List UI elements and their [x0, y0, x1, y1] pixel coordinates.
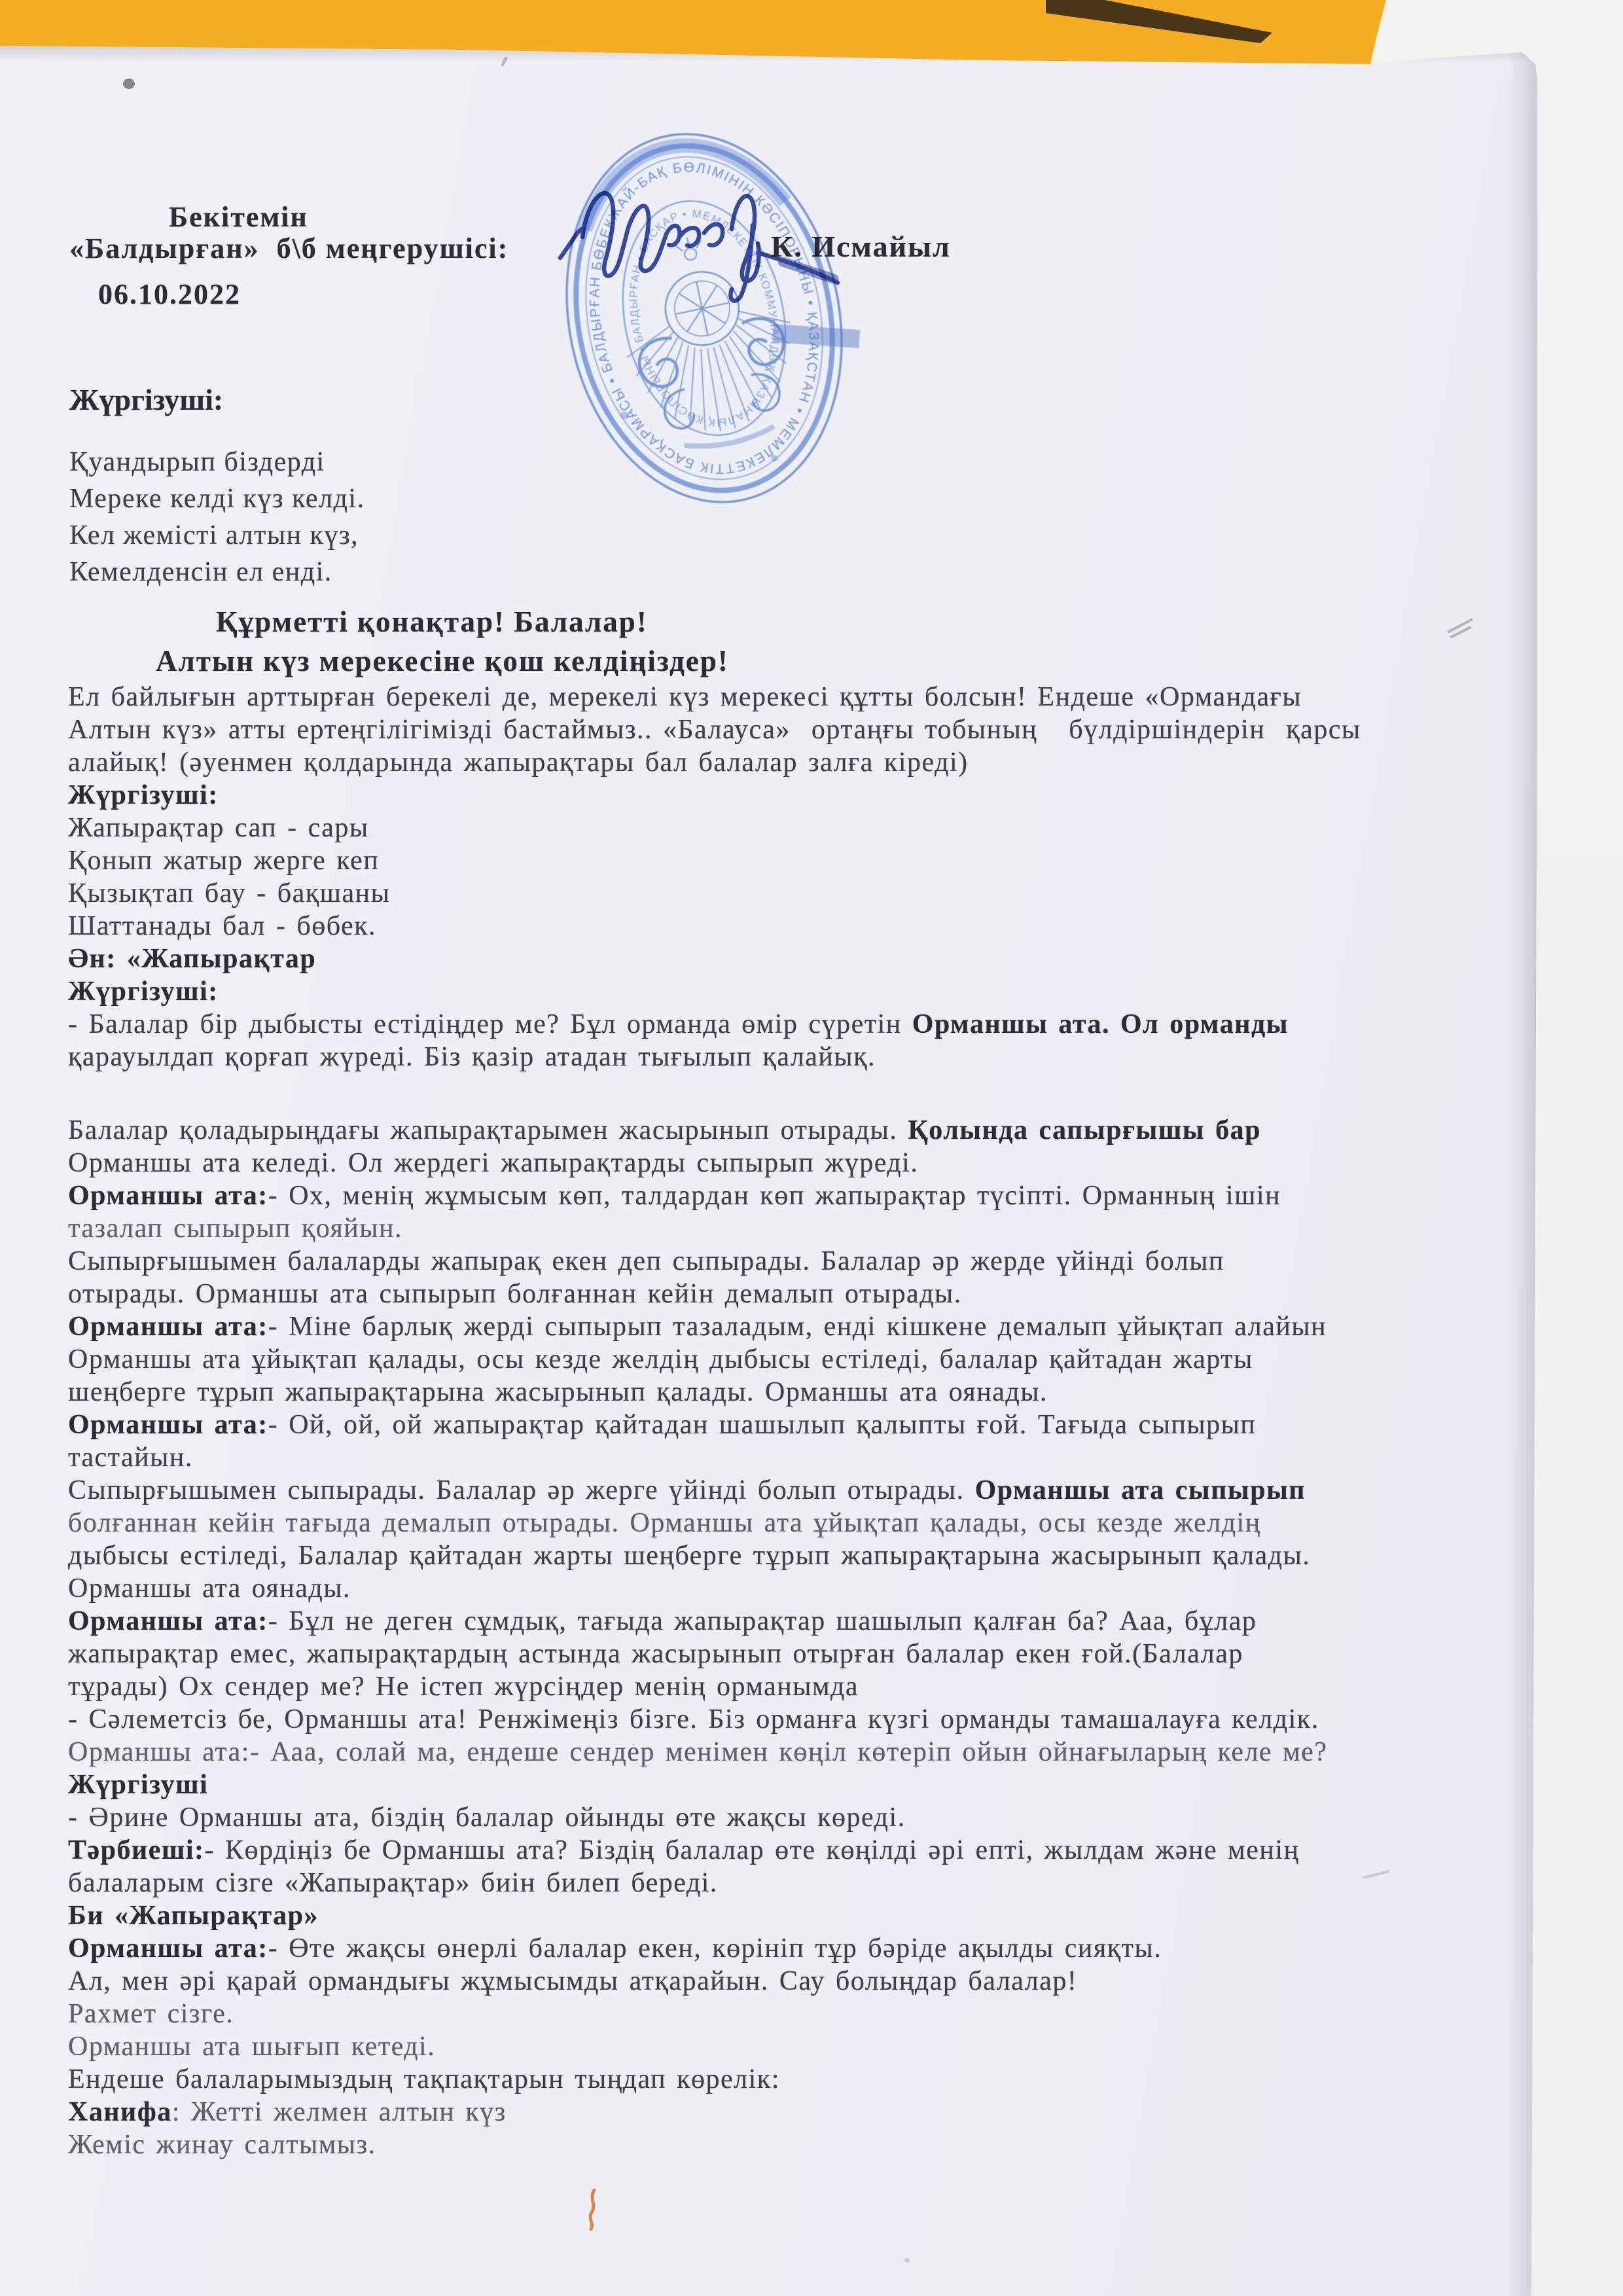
text-segment-bold: Орманшы ата: — [68, 1312, 268, 1342]
text-segment-bold: Ханифа — [68, 2097, 172, 2127]
text-segment: - Балалар бір дыбысты естідіңдер ме? Бұл… — [68, 1009, 912, 1039]
text-segment: Шаттанады бал - бөбек. — [68, 911, 376, 941]
welcome-heading: Алтын күз мерекесіне қош келдіңіздер! — [156, 644, 729, 678]
text-line: Орманшы ата шығып кетеді. — [68, 2030, 1361, 2063]
text-line: Ендеше балаларымыздың тақпақтарын тыңдап… — [68, 2063, 1361, 2096]
poem-line: Қуандырып біздерді — [69, 444, 365, 480]
text-line: Орманшы ата:- Міне барлық жерді сыпырып … — [68, 1310, 1361, 1343]
text-segment: тастайын. — [68, 1443, 193, 1473]
text-segment-bold: Би «Жапырақтар» — [68, 1901, 319, 1931]
text-segment: Рахмет сізге. — [68, 1999, 234, 2029]
text-segment-bold: Орманшы ата: — [68, 1410, 268, 1440]
text-segment: Ел байлығын арттырған берекелі де, мерек… — [68, 682, 1302, 712]
text-line: қарауылдап қорғап жүреді. Біз қазір атад… — [68, 1041, 1361, 1073]
text-line: Қызықтап бау - бақшаны — [68, 877, 1361, 910]
text-line: Орманшы ата келеді. Ол жердегі жапырақта… — [68, 1147, 1361, 1179]
text-segment: Балалар қоладырыңдағы жапырақтарымен жас… — [68, 1115, 908, 1145]
text-line: шеңберге тұрып жапырақтарына жасырынып қ… — [68, 1376, 1361, 1408]
text-segment-bold: Орманшы ата сыпырып — [975, 1475, 1306, 1505]
text-line: Орманшы ата:- Ааа, солай ма, ендеше сенд… — [68, 1736, 1361, 1768]
text-segment: болғаннан кейін тағыда демалып отырады. … — [68, 1508, 1261, 1538]
text-line: Шаттанады бал - бөбек. — [68, 910, 1361, 942]
text-line: Орманшы ата оянады. — [68, 1572, 1361, 1605]
text-line: Орманшы ата:- Ой, ой, ой жапырақтар қайт… — [68, 1408, 1361, 1441]
text-line: балаларым сізге «Жапырақтар» биін билеп … — [68, 1867, 1361, 1899]
text-line: Жүргізуші: — [68, 975, 1361, 1008]
text-segment: дыбысы естіледі, Балалар қайтадан жарты … — [68, 1541, 1310, 1571]
text-segment: Жапырақтар сап - сары — [68, 813, 369, 843]
poem-line: Мереке келді күз келді. — [69, 480, 365, 517]
text-segment: қарауылдап қорғап жүреді. Біз қазір атад… — [68, 1042, 876, 1072]
text-line: жапырақтар емес, жапырақтардың астында ж… — [68, 1638, 1361, 1670]
text-segment-bold: Орманшы ата: — [68, 1606, 268, 1636]
text-segment: тазалап сыпырып қояйын. — [68, 1213, 402, 1244]
approval-label: Бекітемін — [169, 200, 308, 234]
text-line: Сыпырғышымен сыпырады. Балалар әр жерге … — [68, 1474, 1361, 1507]
text-segment-bold: Орманшы ата. Ол орманды — [912, 1009, 1289, 1039]
presenter-label: Жүргізуші: — [69, 380, 365, 420]
text-segment: Орманшы ата оянады. — [68, 1573, 351, 1604]
text-line: алайық! (әуенмен қолдарында жапырақтары … — [68, 746, 1361, 779]
poem-line: Кемелденсін ел енді. — [69, 554, 365, 590]
text-line: Қонып жатыр жерге кеп — [68, 844, 1361, 877]
text-line: Рахмет сізге. — [68, 1998, 1361, 2030]
text-segment: Орманшы ата шығып кетеді. — [68, 2032, 435, 2062]
text-segment-bold: Қолында сапырғышы бар — [908, 1115, 1261, 1145]
text-line: тазалап сыпырып қояйын. — [68, 1212, 1361, 1245]
text-segment-bold: Жүргізуші: — [68, 977, 219, 1007]
text-line: Орманшы ата:- Өте жақсы өнерлі балалар е… — [68, 1932, 1361, 1965]
text-segment-bold: Жүргізуші: — [68, 780, 219, 810]
text-line: Ханифа: Жетті желмен алтын күз — [68, 2096, 1361, 2128]
text-segment: - Әрине Орманшы ата, біздің балалар ойын… — [68, 1803, 906, 1833]
text-segment-bold: Жүргізуші — [68, 1770, 208, 1800]
text-line: Жеміс жинау салтымыз. — [68, 2128, 1361, 2161]
text-line: болғаннан кейін тағыда демалып отырады. … — [68, 1507, 1361, 1539]
text-segment-bold: Орманшы ата: — [68, 1181, 268, 1211]
text-segment: - Ой, ой, ой жапырақтар қайтадан шашылып… — [268, 1410, 1257, 1440]
text-segment: : Жетті желмен алтын күз — [172, 2097, 507, 2127]
text-line: Сыпырғышымен балаларды жапырақ екен деп … — [68, 1245, 1361, 1278]
text-segment: Алтын күз» атты ертеңгілігімізді бастайм… — [68, 715, 1361, 745]
text-segment: - Міне барлық жерді сыпырып тазаладым, е… — [268, 1312, 1327, 1342]
text-line: Ән: «Жапырақтар — [68, 942, 1361, 975]
opening-poem-block: Жүргізуші: Қуандырып біздердіМереке келд… — [69, 356, 365, 614]
poem-line: Кел жемісті алтын күз, — [69, 517, 365, 554]
signature — [542, 154, 856, 318]
text-segment: Жеміс жинау салтымыз. — [68, 2130, 376, 2160]
text-segment: Орманшы ата:- Ааа, солай ма, ендеше сенд… — [68, 1737, 1328, 1767]
text-segment: шеңберге тұрып жапырақтарына жасырынып қ… — [68, 1377, 1048, 1407]
text-line: тұрады) Ох сендер ме? Не істеп жүрсіңдер… — [68, 1670, 1361, 1703]
scan-artifact-dot — [904, 2258, 910, 2263]
text-segment: алайық! (әуенмен қолдарында жапырақтары … — [68, 747, 969, 778]
text-line: дыбысы естіледі, Балалар қайтадан жарты … — [68, 1539, 1361, 1572]
text-line: Ел байлығын арттырған берекелі де, мерек… — [68, 681, 1361, 713]
approval-org-line: «Балдырған» б\б меңгерушісі: — [69, 232, 508, 265]
text-segment: Ендеше балаларымыздың тақпақтарын тыңдап… — [68, 2064, 780, 2094]
greeting-heading: Құрметті қонақтар! Балалар! — [216, 605, 648, 639]
scan-artifact-orange-mark — [586, 2189, 602, 2232]
approval-date: 06.10.2022 — [98, 278, 241, 311]
text-segment: Сыпырғышымен балаларды жапырақ екен деп … — [68, 1246, 1224, 1276]
text-segment-bold: Тәрбиеші: — [68, 1835, 204, 1865]
text-line: Балалар қоладырыңдағы жапырақтарымен жас… — [68, 1114, 1361, 1147]
text-line: Жүргізуші: — [68, 779, 1361, 812]
text-segment: Қызықтап бау - бақшаны — [68, 878, 390, 908]
text-line: - Сәлеметсіз бе, Орманшы ата! Ренжімеңіз… — [68, 1703, 1361, 1736]
text-segment: - Бұл не деген сұмдық, тағыда жапырақтар… — [268, 1606, 1257, 1636]
text-line: Би «Жапырақтар» — [68, 1899, 1361, 1932]
text-line: отырады. Орманшы ата сыпырып болғаннан к… — [68, 1278, 1361, 1310]
text-line: Орманшы ата:- Ох, менің жұмысым көп, тал… — [68, 1179, 1361, 1212]
text-segment: - Өте жақсы өнерлі балалар екен, көрініп… — [268, 1933, 1162, 1964]
scan-artifact-faint-line — [1363, 1870, 1390, 1879]
text-line: - Балалар бір дыбысты естідіңдер ме? Бұл… — [68, 1008, 1361, 1041]
text-line: Алтын күз» атты ертеңгілігімізді бастайм… — [68, 713, 1361, 746]
text-segment: Орманшы ата келеді. Ол жердегі жапырақта… — [68, 1148, 918, 1178]
text-segment: Орманшы ата ұйықтап қалады, осы кезде же… — [68, 1344, 1253, 1374]
text-segment: Сыпырғышымен сыпырады. Балалар әр жерге … — [68, 1475, 975, 1505]
text-line: Орманшы ата:- Бұл не деген сұмдық, тағыд… — [68, 1605, 1361, 1638]
text-segment: - Сәлеметсіз бе, Орманшы ата! Ренжімеңіз… — [68, 1704, 1319, 1734]
text-segment: тұрады) Ох сендер ме? Не істеп жүрсіңдер… — [68, 1672, 859, 1702]
text-segment: балаларым сізге «Жапырақтар» биін билеп … — [68, 1868, 718, 1898]
poem-lines: Қуандырып біздердіМереке келді күз келді… — [69, 444, 365, 590]
text-line: Ал, мен әрі қарай ормандығы жұмысымды ат… — [68, 1965, 1361, 1998]
text-line: Жүргізуші — [68, 1768, 1361, 1801]
scan-artifact-speck — [123, 79, 135, 89]
text-segment: отырады. Орманшы ата сыпырып болғаннан к… — [68, 1279, 962, 1309]
text-line: - Әрине Орманшы ата, біздің балалар ойын… — [68, 1801, 1361, 1834]
text-line: Тәрбиеші:- Көрдіңіз бе Орманшы ата? Бізд… — [68, 1834, 1361, 1867]
text-line: Жапырақтар сап - сары — [68, 812, 1361, 844]
text-line: тастайын. — [68, 1441, 1361, 1474]
text-segment: жапырақтар емес, жапырақтардың астында ж… — [68, 1639, 1243, 1669]
text-segment: - Ох, менің жұмысым көп, талдардан көп ж… — [268, 1181, 1281, 1211]
text-segment: - Көрдіңіз бе Орманшы ата? Біздің балала… — [204, 1835, 1299, 1865]
script-body: Ел байлығын арттырған берекелі де, мерек… — [68, 681, 1361, 2161]
scan-artifact-pencil-mark — [1445, 613, 1484, 643]
text-segment-bold: Орманшы ата: — [68, 1933, 268, 1964]
paper-right-edge-shadow — [1508, 46, 1537, 2296]
text-segment-bold: Ән: «Жапырақтар — [68, 944, 316, 974]
text-segment: Қонып жатыр жерге кеп — [68, 846, 379, 876]
text-segment: Ал, мен әрі қарай ормандығы жұмысымды ат… — [68, 1966, 1077, 1996]
text-line: Орманшы ата ұйықтап қалады, осы кезде же… — [68, 1343, 1361, 1376]
